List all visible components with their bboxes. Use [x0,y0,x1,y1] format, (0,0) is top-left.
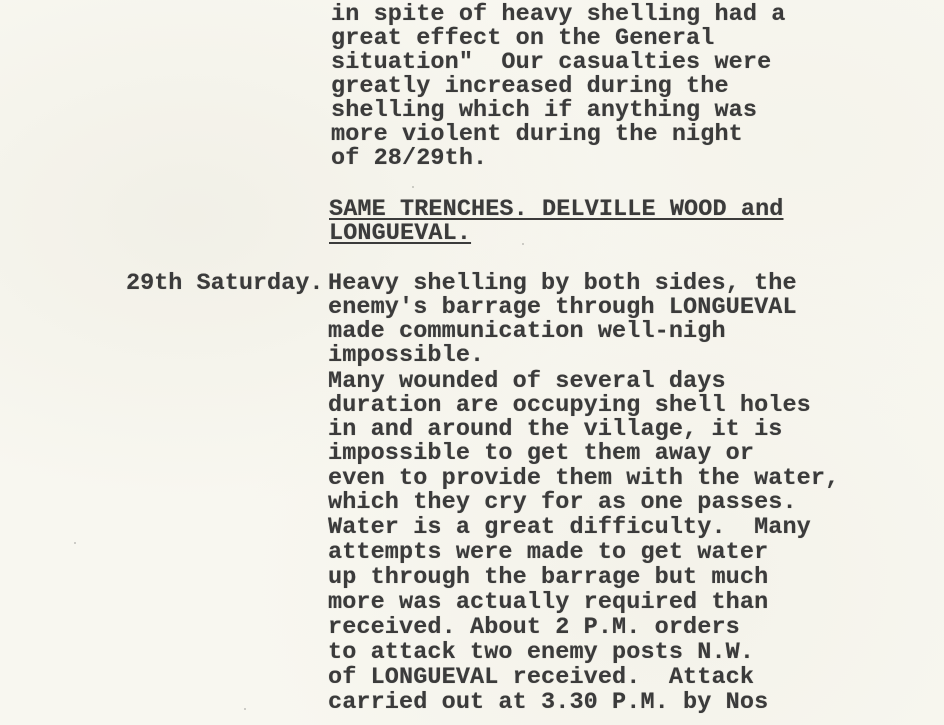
text-line: even to provide them with the water, [328,467,839,492]
paper-speck [522,243,524,245]
text-line: Water is a great difficulty. Many [328,516,811,541]
text-line: of 28/29th. [331,147,487,172]
text-line: in spite of heavy shelling had a [331,3,785,28]
heading-line: SAME TRENCHES. DELVILLE WOOD and [329,198,783,223]
paper-speck [74,542,76,544]
text-line: duration are occupying shell holes [328,394,811,419]
entry-date: 29th Saturday. [126,272,323,297]
text-line: situation" Our casualties were [331,51,771,76]
text-line: shelling which if anything was [331,99,757,124]
text-line: which they cry for as one passes. [328,491,797,516]
text-line: impossible to get them away or [328,442,754,467]
text-line: Many wounded of several days [328,370,726,395]
text-line: Heavy shelling by both sides, the [328,272,797,297]
text-line: made communication well-nigh [328,320,726,345]
text-line: of LONGUEVAL received. Attack [328,666,754,691]
text-line: up through the barrage but much [328,566,768,591]
text-line: impossible. [328,344,484,369]
text-line: to attack two enemy posts N.W. [328,641,754,666]
text-line: attempts were made to get water [328,541,768,566]
paper-speck [412,186,414,188]
text-line: great effect on the General [331,27,714,52]
text-line: more was actually required than [328,591,768,616]
paper-speck [244,708,246,710]
text-line: carried out at 3.30 P.M. by Nos [328,691,768,716]
text-line: in and around the village, it is [328,418,782,443]
text-line: greatly increased during the [331,75,729,100]
text-line: enemy's barrage through LONGUEVAL [328,296,797,321]
heading-line: LONGUEVAL. [329,222,471,247]
text-line: more violent during the night [331,123,743,148]
text-line: received. About 2 P.M. orders [328,616,740,641]
typewritten-page: in spite of heavy shelling had a great e… [0,0,944,725]
